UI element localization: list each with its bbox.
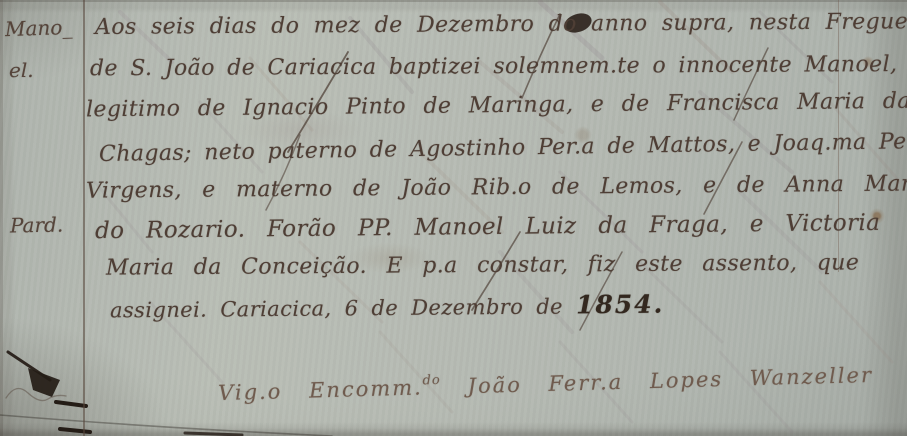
signature-title: Vig.o Encomm. <box>218 375 423 405</box>
record-line-6: do Rozario. Forão PP. Manoel Luiz da Fra… <box>95 210 881 244</box>
record-line-3: legitimo de Ignacio Pinto de Maringa, e … <box>86 89 907 123</box>
priest-signature: Vig.o Encomm.do João Ferr.a Lopes Wanzel… <box>218 363 873 405</box>
signature-superscript: do <box>422 373 441 389</box>
record-year: 1854. <box>576 290 665 320</box>
closing-text: assignei. Cariacica, 6 de Dezembro de <box>110 294 576 322</box>
record-line-5: Virgens, e materno de João Rib.o de Lemo… <box>86 171 907 203</box>
record-line-2: de S. João de Cariacica baptizei solemne… <box>90 52 907 82</box>
document-scan: Mano_ el. Pard. Aos seis dias do mez de … <box>0 0 907 436</box>
record-closing-line: assignei. Cariacica, 6 de Dezembro de 18… <box>110 290 665 324</box>
record-line-7: Maria da Conceição. E p.a constar, fiz e… <box>106 250 859 280</box>
margin-baptized-name-part1: Mano_ <box>5 15 73 41</box>
margin-note-pardo: Pard. <box>10 213 64 238</box>
margin-rule-left <box>83 0 85 436</box>
signature-name: João Ferr.a Lopes Wanzeller <box>441 363 874 399</box>
record-line-4: Chagas; neto paterno de Agostinho Per.a … <box>99 128 907 167</box>
margin-baptized-name-part2: el. <box>9 58 34 82</box>
record-line-1: Aos seis dias do mez de Dezembro do anno… <box>95 9 907 40</box>
